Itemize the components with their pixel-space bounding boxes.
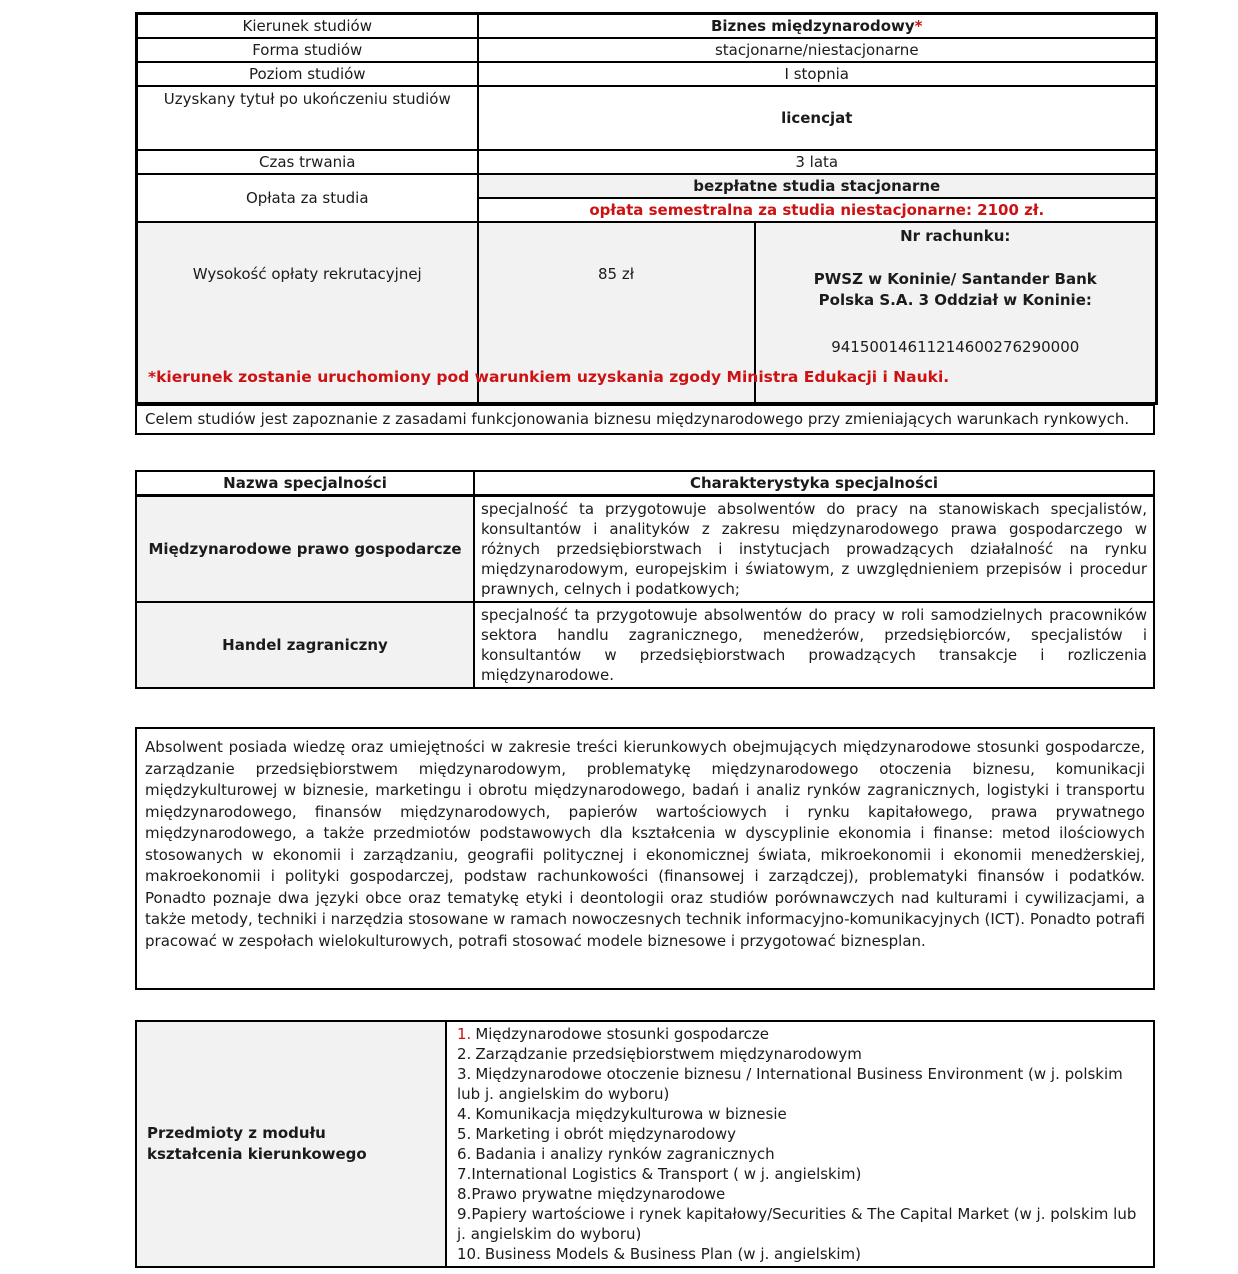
item-text: International Logistics & Transport ( w … xyxy=(471,1165,861,1183)
account-number: 94150014611214600276290000 xyxy=(760,338,1152,356)
asterisk-mark: * xyxy=(915,17,923,35)
table-row: Przedmioty z modułu kształcenia kierunko… xyxy=(136,1021,1154,1267)
oplata-label: Opłata za studia xyxy=(137,174,478,222)
item-number: 7. xyxy=(457,1165,471,1183)
item-number: 10. xyxy=(457,1245,481,1263)
list-item: 3.Międzynarodowe otoczenie biznesu / Int… xyxy=(457,1064,1147,1104)
subjects-table: Przedmioty z modułu kształcenia kierunko… xyxy=(135,1020,1155,1268)
list-item: 8.Prawo prywatne międzynarodowe xyxy=(457,1184,1147,1204)
oplata-paid-value: opłata semestralna za studia niestacjona… xyxy=(478,198,1157,222)
graduate-profile-box: Absolwent posiada wiedzę oraz umiejętnoś… xyxy=(135,727,1155,990)
account-bank-line1: PWSZ w Koninie/ Santander Bank xyxy=(760,269,1152,290)
item-number: 1. xyxy=(457,1025,471,1043)
spec-name-header: Nazwa specjalności xyxy=(136,471,474,496)
program-table: Kierunek studiów Biznes międzynarodowy* … xyxy=(135,12,1158,405)
item-number: 2. xyxy=(457,1045,471,1063)
kierunek-label: Kierunek studiów xyxy=(137,14,478,39)
spec-desc-handel: specjalność ta przygotowuje absolwentów … xyxy=(474,602,1154,688)
list-item: 2.Zarządzanie przedsiębiorstwem międzyna… xyxy=(457,1044,1147,1064)
account-title: Nr rachunku: xyxy=(760,227,1152,245)
item-text: Prawo prywatne międzynarodowe xyxy=(471,1185,725,1203)
poziom-label: Poziom studiów xyxy=(137,62,478,86)
subjects-module-label: Przedmioty z modułu kształcenia kierunko… xyxy=(136,1021,446,1267)
tytul-value: licencjat xyxy=(478,86,1157,150)
oplata-free-value: bezpłatne studia stacjonarne xyxy=(478,174,1157,198)
tytul-label: Uzyskany tytuł po ukończeniu studiów xyxy=(137,86,478,150)
subjects-list: 1.Międzynarodowe stosunki gospodarcze 2.… xyxy=(446,1021,1154,1267)
spec-name-handel: Handel zagraniczny xyxy=(136,602,474,688)
list-item: 7.International Logistics & Transport ( … xyxy=(457,1164,1147,1184)
list-item: 10.Business Models & Business Plan (w j.… xyxy=(457,1244,1147,1264)
item-text: Business Models & Business Plan (w j. an… xyxy=(485,1245,861,1263)
list-item: 5.Marketing i obrót międzynarodowy xyxy=(457,1124,1147,1144)
item-number: 3. xyxy=(457,1065,471,1083)
spec-desc-prawo: specjalność ta przygotowuje absolwentów … xyxy=(474,496,1154,603)
list-item: 1.Międzynarodowe stosunki gospodarcze xyxy=(457,1024,1147,1044)
spec-name-prawo: Międzynarodowe prawo gospodarcze xyxy=(136,496,474,603)
item-number: 9. xyxy=(457,1205,471,1223)
specializations-table: Nazwa specjalności Charakterystyka specj… xyxy=(135,470,1155,689)
forma-value: stacjonarne/niestacjonarne xyxy=(478,38,1157,62)
table-row: Opłata za studia bezpłatne studia stacjo… xyxy=(137,174,1157,198)
table-row: Międzynarodowe prawo gospodarcze specjal… xyxy=(136,496,1154,603)
table-row: Uzyskany tytuł po ukończeniu studiów lic… xyxy=(137,86,1157,150)
item-text: Zarządzanie przedsiębiorstwem międzynaro… xyxy=(475,1045,862,1063)
item-number: 8. xyxy=(457,1185,471,1203)
czas-label: Czas trwania xyxy=(137,150,478,174)
kierunek-value: Biznes międzynarodowy* xyxy=(478,14,1157,39)
table-row: Poziom studiów I stopnia xyxy=(137,62,1157,86)
item-text: Papiery wartościowe i rynek kapitałowy/S… xyxy=(457,1205,1136,1243)
item-text: Komunikacja międzykulturowa w biznesie xyxy=(475,1105,786,1123)
table-row: Forma studiów stacjonarne/niestacjonarne xyxy=(137,38,1157,62)
table-header-row: Nazwa specjalności Charakterystyka specj… xyxy=(136,471,1154,496)
list-item: 4.Komunikacja międzykulturowa w biznesie xyxy=(457,1104,1147,1124)
item-text: Badania i analizy rynków zagranicznych xyxy=(475,1145,774,1163)
item-text: Marketing i obrót międzynarodowy xyxy=(475,1125,736,1143)
study-goal-box: Celem studiów jest zapoznanie z zasadami… xyxy=(135,404,1155,435)
item-text: Międzynarodowe otoczenie biznesu / Inter… xyxy=(457,1065,1123,1103)
table-row: Czas trwania 3 lata xyxy=(137,150,1157,174)
footnote-warning: *kierunek zostanie uruchomiony pod warun… xyxy=(148,368,1158,386)
spec-desc-header: Charakterystyka specjalności xyxy=(474,471,1154,496)
table-row: Handel zagraniczny specjalność ta przygo… xyxy=(136,602,1154,688)
table-row: Kierunek studiów Biznes międzynarodowy* xyxy=(137,14,1157,39)
poziom-value: I stopnia xyxy=(478,62,1157,86)
account-bank-name: PWSZ w Koninie/ Santander Bank Polska S.… xyxy=(760,269,1152,311)
item-number: 6. xyxy=(457,1145,471,1163)
czas-value: 3 lata xyxy=(478,150,1157,174)
item-number: 5. xyxy=(457,1125,471,1143)
item-text: Międzynarodowe stosunki gospodarcze xyxy=(475,1025,769,1043)
forma-label: Forma studiów xyxy=(137,38,478,62)
item-number: 4. xyxy=(457,1105,471,1123)
list-item: 6.Badania i analizy rynków zagranicznych xyxy=(457,1144,1147,1164)
list-item: 9.Papiery wartościowe i rynek kapitałowy… xyxy=(457,1204,1147,1244)
account-bank-line2: Polska S.A. 3 Oddział w Koninie: xyxy=(760,290,1152,311)
